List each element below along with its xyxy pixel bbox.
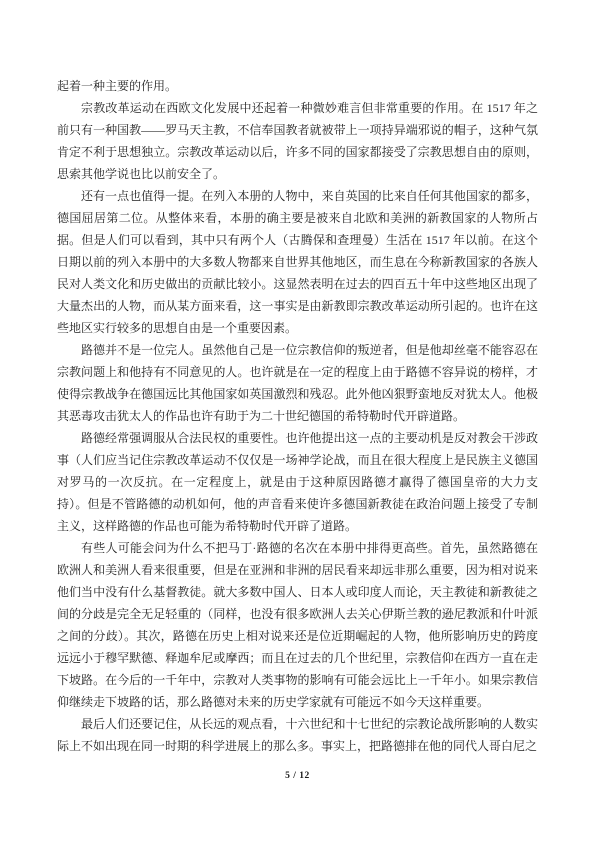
paragraph: 有些人可能会问为什么不把马丁·路德的名次在本册中排得更高些。首先，虽然路德在欧洲… bbox=[57, 537, 538, 713]
text-body: 起着一种主要的作用。宗教改革运动在西欧文化发展中还起着一种微妙难言但非常重要的作… bbox=[57, 75, 538, 757]
document-page: 起着一种主要的作用。宗教改革运动在西欧文化发展中还起着一种微妙难言但非常重要的作… bbox=[0, 0, 595, 841]
paragraph: 路德经常强调服从合法民权的重要性。也许他提出这一点的主要动机是反对教会干涉政事（… bbox=[57, 427, 538, 537]
paragraph: 最后人们还要记住，从长远的观点看，十六世纪和十七世纪的宗教论战所影响的人数实际上… bbox=[57, 713, 538, 757]
paragraph: 还有一点也值得一提。在列入本册的人物中，来自英国的比来自任何其他国家的都多，德国… bbox=[57, 185, 538, 339]
paragraph: 宗教改革运动在西欧文化发展中还起着一种微妙难言但非常重要的作用。在 1517 年… bbox=[57, 97, 538, 185]
page-number: 5 / 12 bbox=[0, 771, 595, 781]
paragraph: 路德并不是一位完人。虽然他自己是一位宗教信仰的叛逆者，但是他却丝毫不能容忍在宗教… bbox=[57, 339, 538, 427]
paragraph: 起着一种主要的作用。 bbox=[57, 75, 538, 97]
